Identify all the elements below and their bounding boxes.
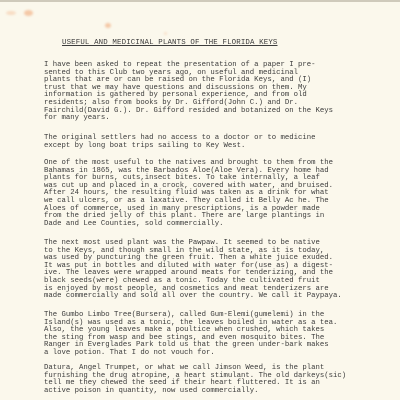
document-page: USEFUL AND MEDICINAL PLANTS OF THE FLORI… xyxy=(0,0,400,400)
text-line: except by long boat trips sailing to Key… xyxy=(44,143,394,151)
paragraph: The Gumbo Limbo Tree(Bursera), called Gu… xyxy=(44,312,394,358)
document-title: USEFUL AND MEDICINAL PLANTS OF THE FLORI… xyxy=(62,39,278,47)
paragraph: I have been asked to repeat the presenta… xyxy=(44,62,394,123)
text-line: active poison in quantity, now used comm… xyxy=(44,388,394,396)
paragraph: The original settlers had no access to a… xyxy=(44,135,394,150)
paragraph: The next most used plant was the Pawpaw.… xyxy=(44,240,394,301)
text-line: Dade and Lee Counties, sold commercially… xyxy=(44,221,394,229)
text-line: a love potion. That I do not vouch for. xyxy=(44,350,394,358)
paragraph: Datura, Angel Trumpet, or what we call J… xyxy=(44,365,394,395)
text-line: for many years. xyxy=(44,115,394,123)
text-line: made commercially and sold all over the … xyxy=(44,293,394,301)
paragraph: One of the most useful to the natives an… xyxy=(44,160,394,228)
